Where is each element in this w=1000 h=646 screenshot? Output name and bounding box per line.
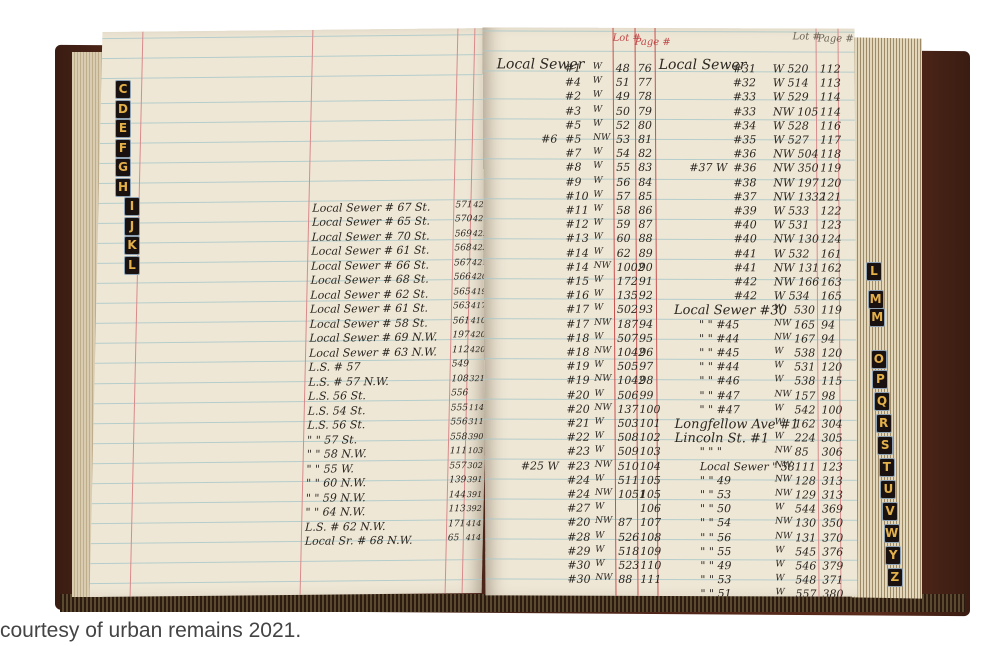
- entry-number: #18: [566, 346, 589, 359]
- entry-label: " " #47: [699, 403, 739, 416]
- entry-lot: NW 197: [773, 176, 819, 189]
- entry-side: NW: [774, 318, 791, 328]
- entry-side: W: [595, 545, 604, 555]
- entry-label: L.S. 56 St.: [308, 389, 366, 403]
- entry-side: NW: [595, 516, 612, 526]
- entry-number: #11: [565, 204, 588, 217]
- entry-side: W: [595, 431, 604, 441]
- entry-side: W: [594, 360, 603, 370]
- entry-side: W: [593, 204, 602, 214]
- entry-page: 106: [640, 502, 661, 515]
- entry-page: 114: [820, 105, 841, 118]
- entry-label: Local Sewer # 68 St.: [311, 273, 429, 287]
- entry-page: 94: [821, 332, 835, 345]
- entry-lot: 113: [448, 504, 465, 514]
- left-ledger-page: Local Sewer # 67 St.571420Local Sewer # …: [90, 28, 495, 597]
- index-tab-l[interactable]: L: [124, 256, 140, 275]
- entry-lot: 59: [617, 218, 631, 231]
- entry-number: #3: [565, 104, 581, 117]
- entry-page: 414: [466, 519, 481, 528]
- entry-lot: 502: [617, 303, 638, 316]
- entry-side: NW: [595, 459, 612, 469]
- entry-lot: 530: [794, 304, 815, 317]
- entry-number: #37: [733, 190, 756, 203]
- entry-lot: 137: [617, 403, 638, 416]
- entry-side: W: [595, 530, 604, 540]
- entry-lot: 510: [618, 459, 639, 472]
- entry-page: 88: [639, 232, 653, 245]
- entry-lot: 108: [451, 374, 468, 384]
- entry-side: W: [775, 503, 784, 513]
- entry-side: NW: [774, 389, 791, 399]
- index-tab-s[interactable]: S: [877, 436, 893, 455]
- entry-side: W: [775, 574, 784, 584]
- entry-page: 87: [639, 218, 653, 231]
- entry-page: 379: [822, 560, 843, 573]
- entry-label: Local Sewer # 66 St.: [311, 258, 429, 272]
- entry-lot: 526: [618, 530, 639, 543]
- entry-lot: 531: [794, 361, 815, 374]
- entry-page: 93: [639, 303, 653, 316]
- entry-page: 120: [821, 361, 842, 374]
- entry-number: #9: [565, 175, 581, 188]
- entry-number: #40: [734, 233, 757, 246]
- entry-number: #22: [567, 431, 590, 444]
- entry-page: 117: [820, 134, 841, 147]
- entry-label: " " ": [700, 445, 722, 458]
- entry-number: #12: [566, 218, 589, 231]
- entry-side: W: [774, 375, 783, 385]
- entry-label: L.S. # 57: [309, 361, 361, 375]
- entry-lot: NW 504: [773, 148, 819, 161]
- entry-label: " " 55: [700, 545, 731, 558]
- index-tab-y[interactable]: Y: [885, 546, 901, 565]
- entry-lot: 52: [616, 119, 630, 132]
- entry-number: #31: [733, 62, 756, 75]
- entry-page: 103: [468, 446, 483, 455]
- entry-label: L.S. # 62 N.W.: [305, 520, 386, 534]
- entry-number: #33: [733, 105, 756, 118]
- entry-page: 94: [639, 317, 653, 330]
- entry-page: 302: [467, 461, 482, 470]
- entry-side: NW: [595, 573, 612, 583]
- index-tab-i[interactable]: I: [124, 197, 140, 216]
- entry-side: W: [774, 361, 783, 371]
- index-tab-m[interactable]: M: [868, 290, 884, 309]
- entry-label: " " 54: [700, 516, 731, 529]
- entry-label: " " 59 N.W.: [306, 491, 366, 505]
- entry-lot: NW 131: [774, 261, 820, 274]
- entry-page: 80: [638, 119, 652, 132]
- entry-lot: 538: [794, 375, 815, 388]
- entry-lot: W 531: [774, 219, 810, 232]
- entry-number: #23: [567, 445, 590, 458]
- index-tab-h[interactable]: H: [115, 178, 131, 197]
- entry-lot: 111: [795, 460, 816, 473]
- entry-page: 311: [468, 417, 483, 426]
- entry-number: #28: [567, 530, 590, 543]
- entry-number: #14: [566, 260, 589, 273]
- entry-label: " " 58 N.W.: [307, 447, 367, 461]
- entry-lot: 135: [617, 289, 638, 302]
- entry-side: NW: [775, 517, 792, 527]
- entry-number: #39: [733, 204, 756, 217]
- entry-lot: 171: [448, 519, 465, 529]
- entry-lot: 165: [794, 318, 815, 331]
- entry-page: 81: [638, 133, 652, 146]
- entry-lot: 55: [616, 161, 630, 174]
- entry-lot: 571: [455, 200, 472, 210]
- entry-lot: 88: [618, 573, 632, 586]
- entry-lot: W 520: [773, 62, 809, 75]
- entry-page: 83: [638, 161, 652, 174]
- entry-label: " " #44: [699, 360, 739, 373]
- entry-lot: 556: [450, 417, 467, 427]
- entry-page: 114: [469, 403, 484, 412]
- entry-side: W: [595, 445, 604, 455]
- margin-note: #25 W: [521, 459, 559, 472]
- entry-page: 110: [640, 559, 661, 572]
- entry-number: #24: [567, 488, 590, 501]
- entry-page: 78: [638, 90, 652, 103]
- entry-page: 306: [822, 446, 843, 459]
- entry-side: W: [594, 246, 603, 256]
- entry-page: 103: [640, 445, 661, 458]
- entry-side: NW: [594, 346, 611, 356]
- entry-side: W: [594, 232, 603, 242]
- entry-lot: 172: [617, 275, 638, 288]
- entry-page: 313: [822, 489, 843, 502]
- entry-lot: NW 350: [773, 162, 819, 175]
- index-tab-k[interactable]: K: [124, 236, 140, 255]
- entry-page: 120: [821, 347, 842, 360]
- entry-page: 371: [822, 574, 843, 587]
- index-tab-c[interactable]: C: [115, 80, 131, 99]
- entry-page: 116: [820, 119, 841, 132]
- entry-side: NW: [594, 374, 611, 384]
- entry-page: 121: [820, 190, 841, 203]
- entry-lot: 167: [794, 332, 815, 345]
- entry-page: 98: [821, 389, 835, 402]
- entry-lot: 548: [795, 574, 816, 587]
- entry-page: 369: [822, 503, 843, 516]
- entry-page: 94: [821, 318, 835, 331]
- entry-side: W: [775, 545, 784, 555]
- entry-lot: W 527: [773, 133, 809, 146]
- entry-lot: 538: [794, 346, 815, 359]
- right-ledger-page: Lot # Page # Lot # Page # Local Sewer Lo…: [483, 27, 858, 596]
- entry-number: #34: [733, 119, 756, 132]
- entry-page: 95: [639, 332, 653, 345]
- index-tab-l[interactable]: L: [866, 262, 882, 281]
- entry-lot: NW 130: [774, 233, 820, 246]
- entry-side: W: [593, 190, 602, 200]
- margin-note: #37 W: [689, 161, 727, 174]
- entry-label: L.S. 54 St.: [308, 404, 366, 418]
- entry-label: " " 51: [700, 587, 731, 596]
- entry-lot: 570: [455, 215, 472, 225]
- entry-lot: 49: [616, 90, 630, 103]
- entry-label: Local Sewer # 61 St.: [311, 244, 429, 258]
- entry-side: W: [594, 388, 603, 398]
- entry-lot: 518: [618, 545, 639, 558]
- entry-label: " " 57 St.: [307, 433, 357, 447]
- entry-number: #1: [565, 62, 581, 75]
- index-tab-g[interactable]: G: [115, 158, 131, 177]
- entry-number: #5: [565, 133, 581, 146]
- entry-label: Local Sewer # 65 St.: [312, 215, 430, 229]
- entry-lot: 549: [452, 359, 469, 369]
- entry-number: #27: [567, 502, 590, 515]
- entry-number: #16: [566, 289, 589, 302]
- entry-number: #8: [565, 161, 581, 174]
- entry-number: #30: [567, 573, 590, 586]
- index-tab-v[interactable]: V: [882, 502, 898, 521]
- entry-side: W: [774, 403, 783, 413]
- entry-lot: 157: [794, 389, 815, 402]
- entry-label: Lincoln St. #1: [675, 431, 770, 446]
- entry-number: #41: [734, 247, 757, 260]
- entry-number: #42: [734, 289, 757, 302]
- entry-lot: 546: [795, 559, 816, 572]
- entry-lot: W 514: [773, 77, 809, 90]
- entry-page: 380: [822, 588, 843, 597]
- entry-side: W: [594, 303, 603, 313]
- entry-number: #5: [565, 118, 581, 131]
- entry-page: 97: [639, 360, 653, 373]
- entry-number: #7: [565, 147, 581, 160]
- entry-page: 163: [821, 276, 842, 289]
- entry-page: 89: [639, 246, 653, 259]
- entry-page: 161: [821, 247, 842, 260]
- entry-page: 86: [638, 204, 652, 217]
- entry-number: #4: [565, 76, 581, 89]
- entry-label: Local Sewer # 70 St.: [312, 230, 430, 244]
- entry-label: " " 50: [700, 502, 731, 515]
- entry-page: 376: [822, 545, 843, 558]
- entry-lot: 542: [794, 403, 815, 416]
- entry-number: #35: [733, 133, 756, 146]
- entry-page: 90: [639, 261, 653, 274]
- entry-page: 165: [821, 290, 842, 303]
- entry-number: #19: [566, 374, 589, 387]
- entry-page: 84: [638, 175, 652, 188]
- entry-number: #40: [734, 218, 757, 231]
- index-tab-p[interactable]: P: [872, 370, 888, 389]
- entry-page: 123: [822, 460, 843, 473]
- entry-page: 414: [466, 533, 481, 542]
- entry-number: #14: [566, 246, 589, 259]
- entry-label: " " #44: [699, 332, 739, 345]
- entry-label: Local Sewer # 61 St.: [310, 302, 428, 316]
- entry-side: NW: [775, 474, 792, 484]
- entry-number: #10: [565, 189, 588, 202]
- entry-label: L.S. # 57 N.W.: [308, 375, 389, 389]
- entry-label: " " 55 W.: [306, 462, 354, 475]
- entry-lot: 112: [452, 345, 469, 355]
- entry-lot: NW 1332: [773, 190, 825, 203]
- entry-side: NW: [594, 403, 611, 413]
- entry-side: W: [775, 559, 784, 569]
- entry-lot: 558: [450, 432, 467, 442]
- entry-lot: 508: [618, 431, 639, 444]
- entry-page: 305: [822, 432, 843, 445]
- entry-page: 350: [822, 517, 843, 530]
- entry-lot: 65: [448, 533, 460, 543]
- index-tab-e[interactable]: E: [115, 119, 131, 138]
- entry-number: #20: [567, 516, 590, 529]
- index-tab-t[interactable]: T: [879, 458, 895, 477]
- entry-lot: W 534: [774, 290, 810, 303]
- entry-page: 118: [820, 148, 841, 161]
- entry-lot: 545: [795, 545, 816, 558]
- ruled-lines: [90, 28, 495, 597]
- entry-page: 76: [638, 62, 652, 75]
- entry-side: NW: [775, 531, 792, 541]
- page-header-2: Page #: [818, 35, 854, 45]
- entry-page: 115: [821, 375, 842, 388]
- entry-side: W: [774, 346, 783, 356]
- entry-page: 420: [470, 345, 485, 354]
- entry-lot: 111: [450, 446, 467, 456]
- entry-side: NW: [775, 460, 792, 470]
- entry-label: Local Sewer # 58 St.: [310, 316, 428, 330]
- entry-label: Local Sewer # 67 St.: [312, 201, 430, 215]
- entry-lot: 506: [617, 388, 638, 401]
- entry-label: Local Sewer # 69 N.W.: [309, 331, 437, 345]
- entry-side: NW: [594, 261, 611, 271]
- entry-number: #29: [567, 544, 590, 557]
- entry-lot: 144: [449, 490, 466, 500]
- entry-lot: 569: [455, 229, 472, 239]
- entry-label: " " 49: [700, 559, 731, 572]
- entry-lot: 568: [454, 244, 471, 254]
- entry-page: 77: [638, 76, 652, 89]
- entry-page: 99: [639, 388, 653, 401]
- entry-lot: 187: [617, 317, 638, 330]
- entry-label: " " 53: [700, 488, 731, 501]
- entry-lot: 556: [451, 388, 468, 398]
- entry-page: 392: [466, 504, 481, 513]
- entry-page: 162: [821, 261, 842, 274]
- entry-page: 96: [639, 346, 653, 359]
- entry-label: Local Sr. # 68 N.W.: [305, 534, 413, 548]
- entry-number: #41: [734, 261, 757, 274]
- entry-side: W: [593, 90, 602, 100]
- entry-lot: 48: [616, 62, 630, 75]
- entry-side: W: [593, 62, 602, 72]
- entry-page: 313: [822, 474, 843, 487]
- entry-page: 82: [638, 147, 652, 160]
- entry-page: 92: [639, 289, 653, 302]
- entry-label: " " 49: [700, 474, 731, 487]
- entry-label: L.S. 56 St.: [307, 418, 365, 432]
- entry-lot: 58: [616, 204, 630, 217]
- ledger-cover-edge: [60, 594, 965, 612]
- entry-side: W: [594, 218, 603, 228]
- entry-page: 119: [820, 162, 841, 175]
- entry-page: 109: [640, 545, 661, 558]
- entry-lot: 197: [452, 330, 469, 340]
- entry-number: #17: [566, 303, 589, 316]
- entry-page: 98: [639, 374, 653, 387]
- entry-label: " " 53: [700, 573, 731, 586]
- entry-page: 107: [640, 516, 661, 529]
- entry-lot: 503: [618, 417, 639, 430]
- entry-side: W: [775, 417, 784, 427]
- entry-page: 102: [640, 431, 661, 444]
- index-tab-m[interactable]: M: [869, 308, 885, 327]
- entry-page: 79: [638, 104, 652, 117]
- entry-side: W: [594, 332, 603, 342]
- entry-page: 100: [639, 403, 660, 416]
- entry-side: NW: [774, 332, 791, 342]
- entry-lot: 131: [795, 531, 816, 544]
- index-tab-o[interactable]: O: [871, 350, 887, 369]
- entry-page: 124: [821, 233, 842, 246]
- entry-lot: 62: [617, 246, 631, 259]
- index-tab-w[interactable]: W: [884, 524, 900, 543]
- entry-side: W: [775, 588, 784, 597]
- index-tab-d[interactable]: D: [115, 100, 131, 119]
- entry-lot: NW 105: [773, 105, 819, 118]
- index-tab-z[interactable]: Z: [887, 568, 903, 587]
- index-tab-q[interactable]: Q: [874, 392, 890, 411]
- entry-lot: 557: [449, 461, 466, 471]
- entry-side: W: [775, 432, 784, 442]
- entry-page: 321: [469, 374, 484, 383]
- entry-label: " " #45: [699, 318, 739, 331]
- entry-lot: W 532: [774, 247, 810, 260]
- entry-lot: 511: [618, 474, 639, 487]
- entry-number: #21: [567, 417, 590, 430]
- entry-lot: 128: [795, 474, 816, 487]
- entry-label: " " #47: [699, 389, 739, 402]
- entry-label: " " 64 N.W.: [305, 505, 365, 519]
- entry-number: #15: [566, 275, 589, 288]
- entry-lot: 523: [618, 559, 639, 572]
- entry-lot: 130: [795, 517, 816, 530]
- entry-side: W: [595, 559, 604, 569]
- entry-side: W: [595, 502, 604, 512]
- entry-page: 105: [640, 488, 661, 501]
- index-tab-u[interactable]: U: [880, 480, 896, 499]
- entry-lot: 57: [616, 190, 630, 203]
- entry-lot: W 533: [773, 204, 809, 217]
- photo-caption: courtesy of urban remains 2021.: [0, 619, 301, 643]
- index-tab-r[interactable]: R: [876, 414, 892, 433]
- entry-lot: 565: [453, 287, 470, 297]
- entry-lot: 51: [616, 76, 630, 89]
- entry-side: W: [593, 119, 602, 129]
- index-tab-f[interactable]: F: [115, 139, 131, 158]
- entry-number: #20: [566, 388, 589, 401]
- margin-note: #6: [541, 133, 557, 146]
- entry-label: Local Sewer # 62 St.: [310, 287, 428, 301]
- entry-label: " " #46: [699, 374, 739, 387]
- entry-number: #19: [566, 360, 589, 373]
- entry-lot: 162: [795, 417, 816, 430]
- entry-number: #33: [733, 91, 756, 104]
- entry-lot: 561: [453, 316, 470, 326]
- entry-page: 304: [822, 418, 843, 431]
- index-tab-j[interactable]: J: [124, 217, 140, 236]
- entry-side: W: [593, 147, 602, 157]
- entry-side: W: [774, 304, 783, 314]
- entry-side: NW: [593, 133, 610, 143]
- entry-side: W: [594, 275, 603, 285]
- entry-label: Local Sewer #30: [674, 303, 787, 318]
